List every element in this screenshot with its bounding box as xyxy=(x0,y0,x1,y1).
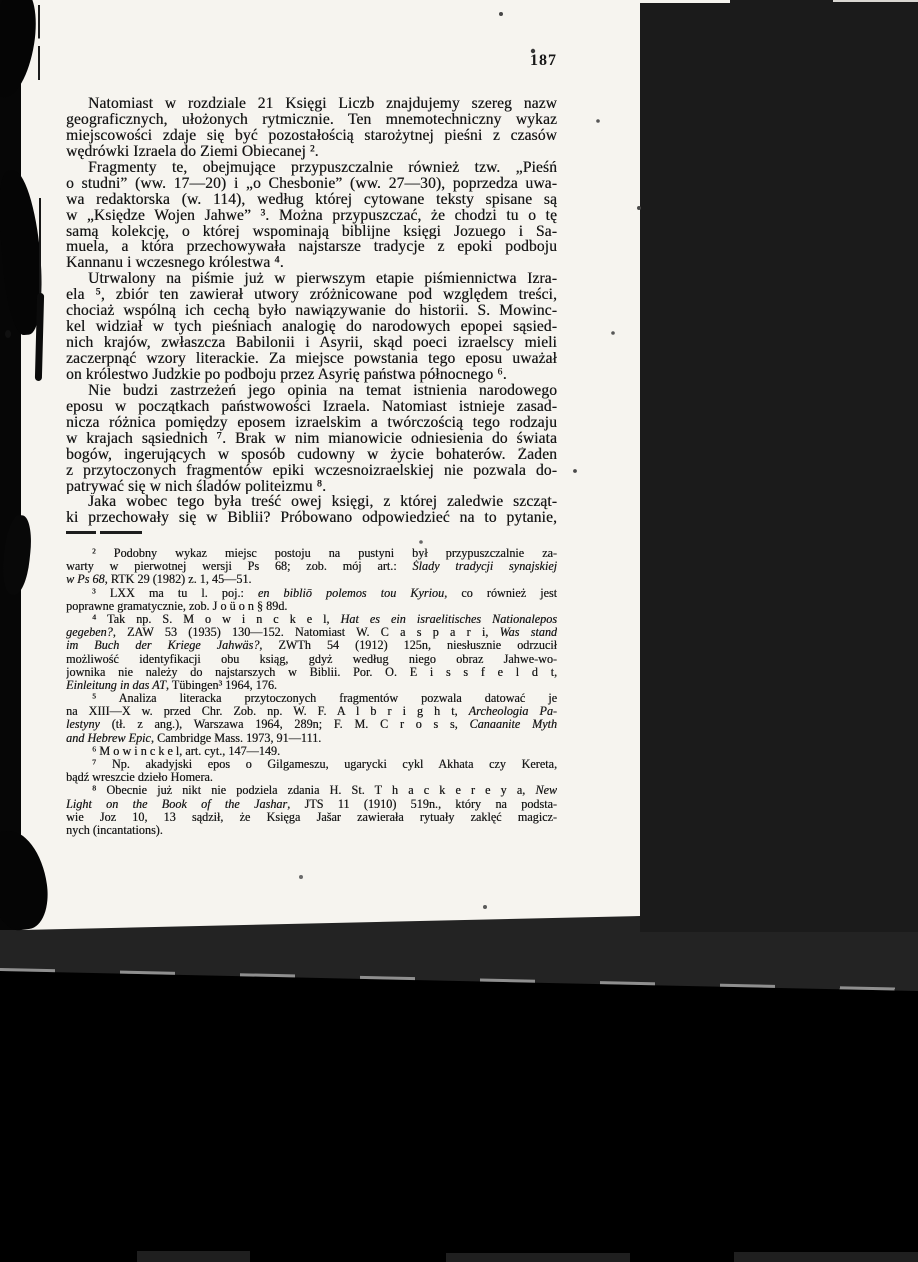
text-line: miejscowości zdaje się być pozostałością… xyxy=(66,128,557,144)
text-line: ⁷ Np. akadyjski epos o Gilgameszu, ugary… xyxy=(66,758,557,771)
text-line: w krajach sąsiednich ⁷. Brak w nim miano… xyxy=(66,431,557,447)
scan-artifact-gutter-line xyxy=(39,198,41,298)
scanned-page: 187 Natomiast w rozdziale 21 Księgi Licz… xyxy=(21,0,640,932)
text-line: eposu w początkach państwowości Izraela.… xyxy=(66,399,557,415)
text-line: kel widział w tych pieśniach analogię do… xyxy=(66,319,557,335)
text-line: ² Podobny wykaz miejsc postoju na pustyn… xyxy=(66,547,557,560)
text-line: poprawne gramatycznie, zob. J o ü o n § … xyxy=(66,600,557,613)
text-line: wędrówki Izraela do Ziemi Obiecanej ². xyxy=(66,144,557,160)
text-line: Light on the Book of the Jashar, JTS 11 … xyxy=(66,798,557,811)
text-line: wa redaktorska (w. 114), według której c… xyxy=(66,192,557,208)
scan-artifact-top-sliver xyxy=(640,0,730,3)
text-line: jownika nie należy do najstarszych w Bib… xyxy=(66,666,557,679)
footnote-separator xyxy=(66,531,142,534)
text-line: możliwość identyfikacji obu ksiąg, gdyż … xyxy=(66,653,557,666)
text-line: ⁴ Tak np. S. M o w i n c k e l, Hat es e… xyxy=(66,613,557,626)
text-line: o studni” (ww. 17—20) i „o Chesbonie” (w… xyxy=(66,176,557,192)
text-line: nicza różnica pomiędzy eposem izraelskim… xyxy=(66,415,557,431)
text-line: ³ LXX ma tu l. poj.: en bibliō polemos t… xyxy=(66,587,557,600)
text-line: bogów, ingerujących w sposób cudowny w ż… xyxy=(66,447,557,463)
text-line: muela, a która przechowywała najstarsze … xyxy=(66,239,557,255)
scan-artifact-gutter-bar xyxy=(0,0,21,930)
text-line: z przytoczonych fragmentów epiki wczesno… xyxy=(66,463,557,479)
text-line: nych (incantations). xyxy=(66,824,557,837)
text-line: warty w pierwotnej wersji Ps 68; zob. mó… xyxy=(66,560,557,573)
text-line: Fragmenty te, obejmujące przypuszczalnie… xyxy=(66,160,557,176)
text-line: Utrwalony na piśmie już w pierwszym etap… xyxy=(66,271,557,287)
footnotes: ² Podobny wykaz miejsc postoju na pustyn… xyxy=(66,547,557,837)
text-line: and Hebrew Epic, Cambridge Mass. 1973, 9… xyxy=(66,732,557,745)
text-line: im Buch der Kriege Jahwäs?, ZWTh 54 (191… xyxy=(66,639,557,652)
text-line: ⁶ M o w i n c k e l, art. cyt., 147—149. xyxy=(66,745,557,758)
text-line: Nie budzi zastrzeżeń jego opinia na tema… xyxy=(66,383,557,399)
text-line: zaczerpnąć wzory literackie. Za miejsce … xyxy=(66,351,557,367)
text-line: Jaka wobec tego była treść owej księgi, … xyxy=(66,494,557,510)
text-line: on królestwo Judzkie po podboju przez As… xyxy=(66,367,557,383)
page-number: 187 xyxy=(421,52,557,70)
scan-artifact-bottom-mark xyxy=(446,1253,630,1262)
text-line: ki przechowały się w Biblii? Próbowano o… xyxy=(66,510,557,526)
text-line: samą kolekcję, o której wspominają bibli… xyxy=(66,224,557,240)
text-line: nich krajów, zwłaszcza Babilonii i Asyri… xyxy=(66,335,557,351)
text-line: ela ⁵, zbiór ten zawierał utwory zróżnic… xyxy=(66,287,557,303)
scan-canvas: { "colors":{"page_bg":"#f6f4ef","ink":"#… xyxy=(0,0,918,1262)
text-line: bądź wreszcie dzieło Homera. xyxy=(66,771,557,784)
text-line: na XIII—X w. przed Chr. Zob. np. W. F. A… xyxy=(66,705,557,718)
text-line: Einleitung in das AT, Tübingen³ 1964, 17… xyxy=(66,679,557,692)
text-line: geograficznych, ułożonych rytmicznie. Te… xyxy=(66,112,557,128)
text-line: patrywać się w nich śladów politeizmu ⁸. xyxy=(66,479,557,495)
scan-artifact-bottom-mark xyxy=(137,1251,250,1262)
main-text: Natomiast w rozdziale 21 Księgi Liczb zn… xyxy=(66,96,557,526)
scan-artifact-specks xyxy=(0,0,2,2)
text-line: wie Joz 10, 13 sądził, że Księga Jašar z… xyxy=(66,811,557,824)
scan-artifact-top-line xyxy=(833,0,918,2)
scan-artifact-gutter-line xyxy=(38,5,40,80)
text-line: chociaż wspólną ich cechą było nawiązywa… xyxy=(66,303,557,319)
scan-artifact-bottom-mark xyxy=(734,1252,918,1262)
text-line: w Ps 68, RTK 29 (1982) z. 1, 45—51. xyxy=(66,573,557,586)
text-line: gegeben?, ZAW 53 (1935) 130—152. Natomia… xyxy=(66,626,557,639)
text-line: Natomiast w rozdziale 21 Księgi Liczb zn… xyxy=(66,96,557,112)
text-line: ⁸ Obecnie już nikt nie podziela zdania H… xyxy=(66,784,557,797)
text-line: lestyny (tł. z ang.), Warszawa 1964, 289… xyxy=(66,718,557,731)
text-line: Kannanu i wczesnego królestwa ⁴. xyxy=(66,255,557,271)
scan-background-right xyxy=(640,0,918,932)
text-line: ⁵ Analiza literacka przytoczonych fragme… xyxy=(66,692,557,705)
scan-artifact-dot xyxy=(5,330,11,338)
text-line: w „Księdze Wojen Jahwe” ³. Można przypus… xyxy=(66,208,557,224)
